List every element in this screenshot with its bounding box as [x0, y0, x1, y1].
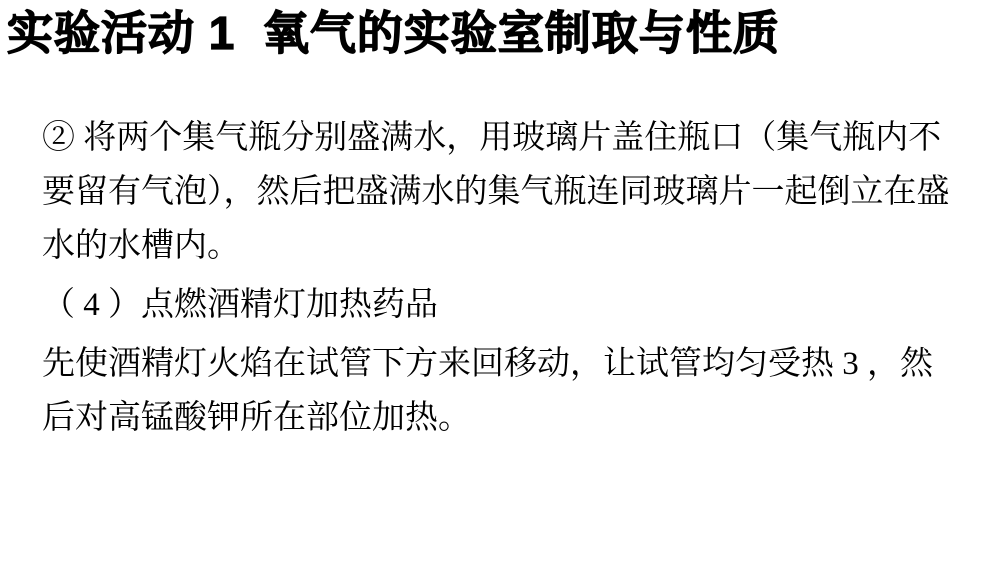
- paragraph-3-line-2: 后对高锰酸钾所在部位加热。: [42, 391, 1000, 445]
- paragraph-1-line-1: ② 将两个集气瓶分别盛满水，用玻璃片盖住瓶口（集气瓶内不: [42, 111, 1000, 165]
- slide: 实验活动 1 氧气的实验室制取与性质 ② 将两个集气瓶分别盛满水，用玻璃片盖住瓶…: [0, 6, 1000, 563]
- body-text: ② 将两个集气瓶分别盛满水，用玻璃片盖住瓶口（集气瓶内不 要留有气泡），然后把盛…: [42, 111, 1000, 445]
- paragraph-1-line-3: 水的水槽内。: [42, 219, 1000, 273]
- paragraph-2-line-1: （ 4 ）点燃酒精灯加热药品: [42, 278, 1000, 332]
- paragraph-1-line-2: 要留有气泡），然后把盛满水的集气瓶连同玻璃片一起倒立在盛: [42, 165, 1000, 219]
- paragraph-3-line-1: 先使酒精灯火焰在试管下方来回移动，让试管均匀受热 3 ，然: [42, 337, 1000, 391]
- page-title: 实验活动 1 氧气的实验室制取与性质: [7, 6, 1000, 61]
